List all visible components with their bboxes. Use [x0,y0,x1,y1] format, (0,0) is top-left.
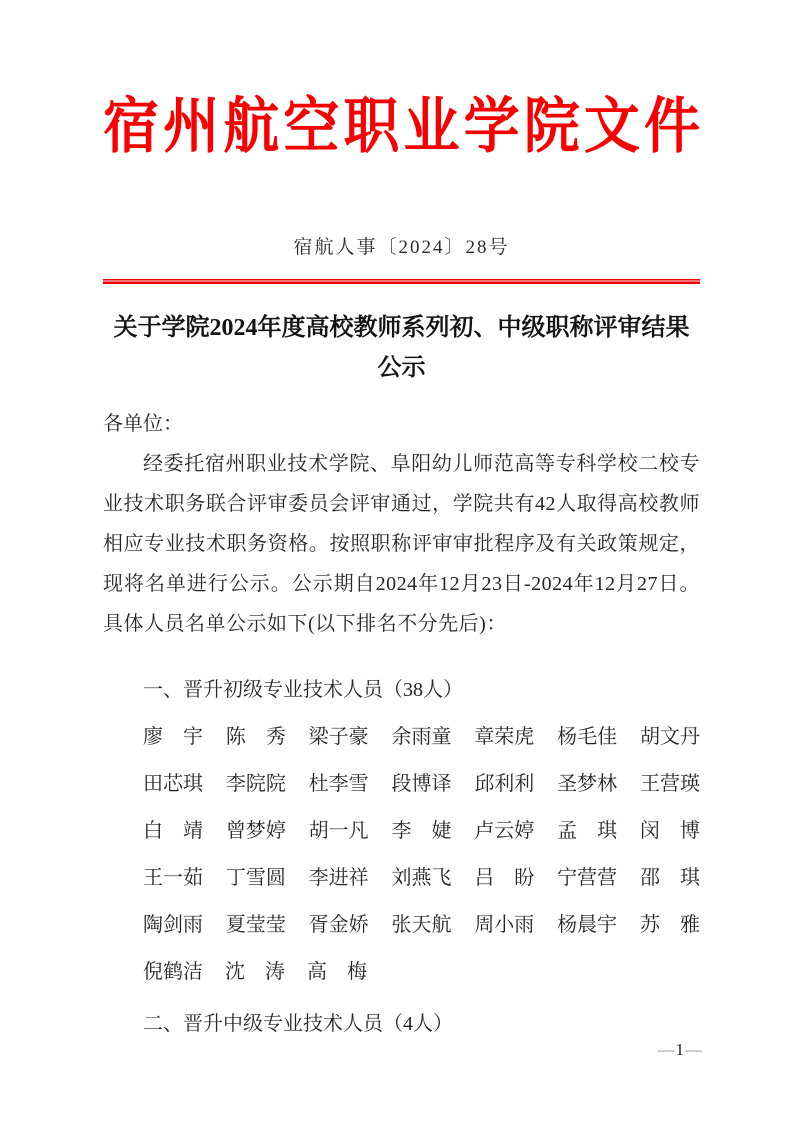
section-2-heading: 二、晋升中级专业技术人员（4人） [103,1004,700,1044]
document-title: 关于学院2024年度高校教师系列初、中级职称评审结果 公示 [103,308,700,388]
person-name: 邵 琪 [640,855,700,902]
page-number-dash-left: — [658,1040,676,1059]
person-name: 胡一凡 [309,808,369,855]
section-1-name-list: 廖 宇 陈 秀 梁子豪 余雨童 章荣虎 杨毛佳 胡文丹 田芯琪 李院院 杜李雪 … [103,714,700,996]
person-name: 田芯琪 [143,761,203,808]
person-name: 廖 宇 [143,714,203,761]
person-name: 白 靖 [143,808,203,855]
person-name: 邱利利 [474,761,534,808]
person-name: 梁子豪 [309,714,369,761]
person-name: 杨毛佳 [557,714,617,761]
document-number: 宿航人事〔2024〕28号 [103,234,700,262]
document-title-line1: 关于学院2024年度高校教师系列初、中级职称评审结果 [103,308,700,348]
person-name: 夏莹莹 [226,902,286,949]
person-name: 刘燕飞 [391,855,451,902]
person-name: 沈 涛 [225,949,285,996]
page-number-dash-right: — [685,1040,703,1059]
name-row: 倪鹤洁 沈 涛 高 梅 [143,949,700,996]
letterhead-title: 宿州航空职业学院文件 [103,88,700,166]
name-row: 白 靖 曾梦婷 胡一凡 李 婕 卢云婷 孟 琪 闵 博 [143,808,700,855]
name-row: 王一茹 丁雪圆 李进祥 刘燕飞 吕 盼 宁营营 邵 琪 [143,855,700,902]
person-name: 王营瑛 [640,761,700,808]
person-name: 宁营营 [557,855,617,902]
person-name: 杜李雪 [309,761,369,808]
person-name: 段博译 [391,761,451,808]
name-row: 田芯琪 李院院 杜李雪 段博译 邱利利 圣梦林 王营瑛 [143,761,700,808]
name-row: 廖 宇 陈 秀 梁子豪 余雨童 章荣虎 杨毛佳 胡文丹 [143,714,700,761]
person-name: 圣梦林 [557,761,617,808]
person-name: 曾梦婷 [226,808,286,855]
page-number-value: 1 [676,1040,686,1059]
person-name: 吕 盼 [474,855,534,902]
person-name: 王一茹 [143,855,203,902]
person-name: 丁雪圆 [226,855,286,902]
page-number: —1— [658,1040,704,1060]
person-name: 陈 秀 [226,714,286,761]
body-paragraph: 经委托宿州职业技术学院、阜阳幼儿师范高等专科学校二校专业技术职务联合评审委员会评… [103,444,700,644]
person-name: 陶剑雨 [143,902,203,949]
person-name: 周小雨 [474,902,534,949]
person-name: 李院院 [226,761,286,808]
red-separator-rule [103,279,700,284]
salutation: 各单位： [103,404,700,444]
section-1-heading: 一、晋升初级专业技术人员（38人） [103,670,700,710]
person-name: 李 婕 [391,808,451,855]
person-name: 胡文丹 [640,714,700,761]
person-name: 张天航 [391,902,451,949]
document-title-line2: 公示 [103,348,700,388]
person-name: 闵 博 [640,808,700,855]
person-name: 章荣虎 [474,714,534,761]
person-name: 卢云婷 [474,808,534,855]
person-name: 李进祥 [309,855,369,902]
name-row: 陶剑雨 夏莹莹 胥金娇 张天航 周小雨 杨晨宇 苏 雅 [143,902,700,949]
person-name: 杨晨宇 [557,902,617,949]
person-name: 苏 雅 [640,902,700,949]
person-name: 孟 琪 [557,808,617,855]
document-page: 宿州航空职业学院文件 宿航人事〔2024〕28号 关于学院2024年度高校教师系… [0,0,793,1122]
person-name: 倪鹤洁 [143,949,203,996]
person-name: 高 梅 [307,949,367,996]
person-name: 胥金娇 [309,902,369,949]
person-name: 余雨童 [391,714,451,761]
